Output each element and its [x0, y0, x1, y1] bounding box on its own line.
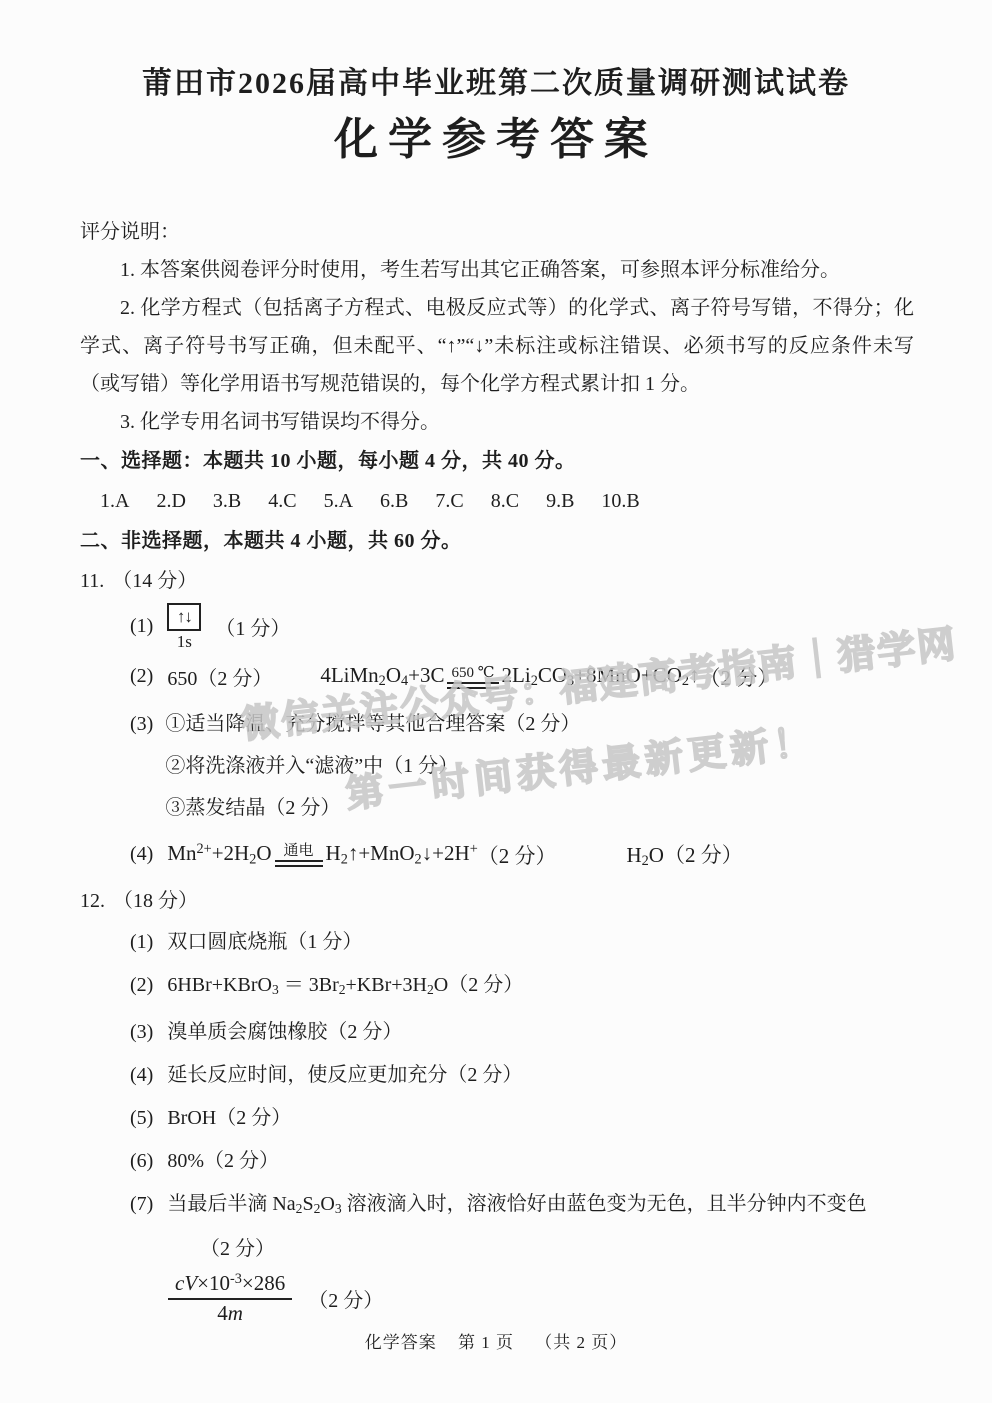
reaction-condition-equals: 650 ℃ — [447, 665, 498, 689]
equation-rhs: 2Li2CO3+8MnO+CO2↑ — [502, 663, 700, 690]
question-score: （14 分） — [112, 561, 197, 601]
scoring-note-2: 2. 化学方程式（包括离子方程式、电极反应式等）的化学式、离子符号写错，不得分；… — [80, 289, 914, 403]
q12-answer-6: (6) 80%（2 分） — [130, 1140, 914, 1183]
answer-item-label: (2) — [130, 964, 153, 1011]
choice-answer-6: 6.B — [380, 481, 408, 521]
choice-answer-3: 3.B — [213, 481, 241, 521]
answer-key-page: 微信关注公众号：福建高考指南｜猎学网 第一时间获得最新更新！ 莆田市2026届高… — [0, 0, 992, 1403]
score-label: （2 分） — [478, 840, 557, 870]
answer-item-label: (7) — [130, 1183, 153, 1230]
answer-item-label: (3) — [130, 1011, 153, 1054]
question-number: 11. — [80, 561, 104, 601]
orbital-label: 1s — [177, 632, 192, 652]
question-score: （18 分） — [113, 881, 198, 921]
answer-text: H2O（2 分） — [626, 839, 742, 870]
chem-equation: 4LiMn2O4+3C 650 ℃ 2Li2CO3+8MnO+CO2↑ （2 分… — [320, 662, 778, 692]
answer-key-title: 化学参考答案 — [0, 114, 992, 167]
q12-answer-5: (5) BrOH（2 分） — [130, 1097, 914, 1140]
answer-text: 溴单质会腐蚀橡胶（2 分） — [167, 1011, 402, 1054]
q11-answer-1: (1) ↑↓ 1s （1 分） — [130, 603, 914, 651]
section1-heading: 一、选择题：本题共 10 小题，每小题 4 分，共 40 分。 — [80, 441, 914, 481]
score-label: （2 分） — [700, 662, 779, 692]
footer-page-number: 第 1 页 — [458, 1333, 514, 1352]
q12-answer-2: (2) 6HBr+KBrO3 ＝ 3Br2+KBr+3H2O（2 分） — [130, 964, 914, 1011]
choice-answer-8: 8.C — [491, 481, 519, 521]
equation-lhs: Mn2++2H2O — [167, 841, 271, 868]
answer-item-label: (4) — [130, 843, 153, 866]
score-label: （1 分） — [215, 612, 290, 641]
q12-answer-3: (3) 溴单质会腐蚀橡胶（2 分） — [130, 1011, 914, 1054]
reaction-condition-equals: 通电 — [275, 843, 323, 867]
answer-text: BrOH（2 分） — [167, 1097, 291, 1140]
chem-equation: Mn2++2H2O 通电 H2↑+MnO2↓+2H+ （2 分） H2O（2 分… — [167, 839, 742, 870]
equals-bars — [447, 682, 498, 689]
answer-text: 650（2 分） — [167, 662, 272, 691]
footer-doc-label: 化学答案 — [365, 1333, 437, 1352]
choice-answer-7: 7.C — [435, 481, 463, 521]
page-footer: 化学答案 第 1 页 （共 2 页） — [0, 1328, 992, 1353]
sub-answer-1: ①适当降温、充分搅拌等其他合理答案（2 分） — [165, 703, 580, 745]
choice-answer-5: 5.A — [324, 481, 353, 521]
answer-item-label: (2) — [130, 665, 153, 688]
fraction-numerator: cV×10-3×286 — [168, 1271, 292, 1300]
q11-answer-4: (4) Mn2++2H2O 通电 H2↑+MnO2↓+2H+ （2 分） H2O… — [130, 829, 914, 881]
answer-text: 80%（2 分） — [167, 1140, 279, 1183]
equation-lhs: 4LiMn2O4+3C — [320, 663, 444, 690]
reaction-condition: 通电 — [280, 843, 318, 860]
choice-answer-1: 1.A — [100, 481, 129, 521]
choice-answer-9: 9.B — [546, 481, 574, 521]
answer-item-label: (3) — [130, 703, 153, 745]
answer-item-label: (1) — [130, 921, 153, 964]
choice-answer-2: 2.D — [156, 481, 185, 521]
footer-page-total: （共 2 页） — [535, 1333, 627, 1352]
q11-answer-2: (2) 650（2 分） 4LiMn2O4+3C 650 ℃ 2Li2CO3+8… — [130, 651, 914, 703]
orbital-box: ↑↓ — [167, 603, 201, 631]
sub-answer-2: ②将洗涤液并入“滤液”中（1 分） — [165, 745, 580, 787]
answer-item-label: (4) — [130, 1054, 153, 1097]
score-label: （2 分） — [308, 1284, 383, 1313]
question-number: 12. — [80, 881, 105, 921]
scoring-notes-label: 评分说明： — [80, 213, 914, 251]
answer-item-label: (5) — [130, 1097, 153, 1140]
document-body: 评分说明： 1. 本答案供阅卷评分时使用，考生若写出其它正确答案，可参照本评分标… — [80, 213, 914, 1328]
reaction-condition: 650 ℃ — [447, 665, 498, 682]
question-12-header: 12. （18 分） — [80, 881, 914, 921]
q12-answer-7: (7) 当最后半滴 Na2S2O3 溶液滴入时，溶液恰好由蓝色变为无色，且半分钟… — [130, 1183, 914, 1230]
section2-heading: 二、非选择题，本题共 4 小题，共 60 分。 — [80, 521, 914, 561]
question-11-header: 11. （14 分） — [80, 561, 914, 601]
scoring-note-1: 1. 本答案供阅卷评分时使用，考生若写出其它正确答案，可参照本评分标准给分。 — [80, 251, 914, 289]
exam-title: 莆田市2026届高中毕业班第二次质量调研测试试卷 — [0, 0, 992, 102]
equation-rhs: H2↑+MnO2↓+2H+ — [326, 841, 478, 868]
fraction: cV×10-3×286 4m — [168, 1271, 292, 1327]
q12-answer-1: (1) 双口圆底烧瓶（1 分） — [130, 921, 914, 964]
equals-bars — [275, 860, 323, 867]
answer-text: 6HBr+KBrO3 ＝ 3Br2+KBr+3H2O（2 分） — [167, 964, 523, 1011]
choice-answer-10: 10.B — [601, 481, 639, 521]
sub-answer-3: ③蒸发结晶（2 分） — [165, 787, 580, 829]
answer-text: 延长反应时间，使反应更加充分（2 分） — [167, 1054, 522, 1097]
answer-item-label: (6) — [130, 1140, 153, 1183]
choice-answers-row: 1.A 2.D 3.B 4.C 5.A 6.B 7.C 8.C 9.B 10.B — [80, 481, 914, 521]
choice-answer-4: 4.C — [268, 481, 296, 521]
scoring-note-3: 3. 化学专用名词书写错误均不得分。 — [80, 403, 914, 441]
answer-text: 当最后半滴 Na2S2O3 溶液滴入时，溶液恰好由蓝色变为无色，且半分钟内不变色 — [167, 1183, 866, 1230]
answer-text: 双口圆底烧瓶（1 分） — [167, 921, 362, 964]
sub-answers: ①适当降温、充分搅拌等其他合理答案（2 分） ②将洗涤液并入“滤液”中（1 分）… — [165, 703, 580, 829]
fraction-denominator: 4m — [217, 1300, 243, 1326]
q12-answer-7-score: （2 分） — [200, 1230, 914, 1268]
q11-answer-3: (3) ①适当降温、充分搅拌等其他合理答案（2 分） ②将洗涤液并入“滤液”中（… — [130, 703, 914, 829]
q12-answer-4: (4) 延长反应时间，使反应更加充分（2 分） — [130, 1054, 914, 1097]
orbital-diagram: ↑↓ 1s — [167, 603, 201, 652]
answer-item-label: (1) — [130, 615, 153, 638]
q12-fraction-answer: cV×10-3×286 4m （2 分） — [168, 1270, 914, 1328]
